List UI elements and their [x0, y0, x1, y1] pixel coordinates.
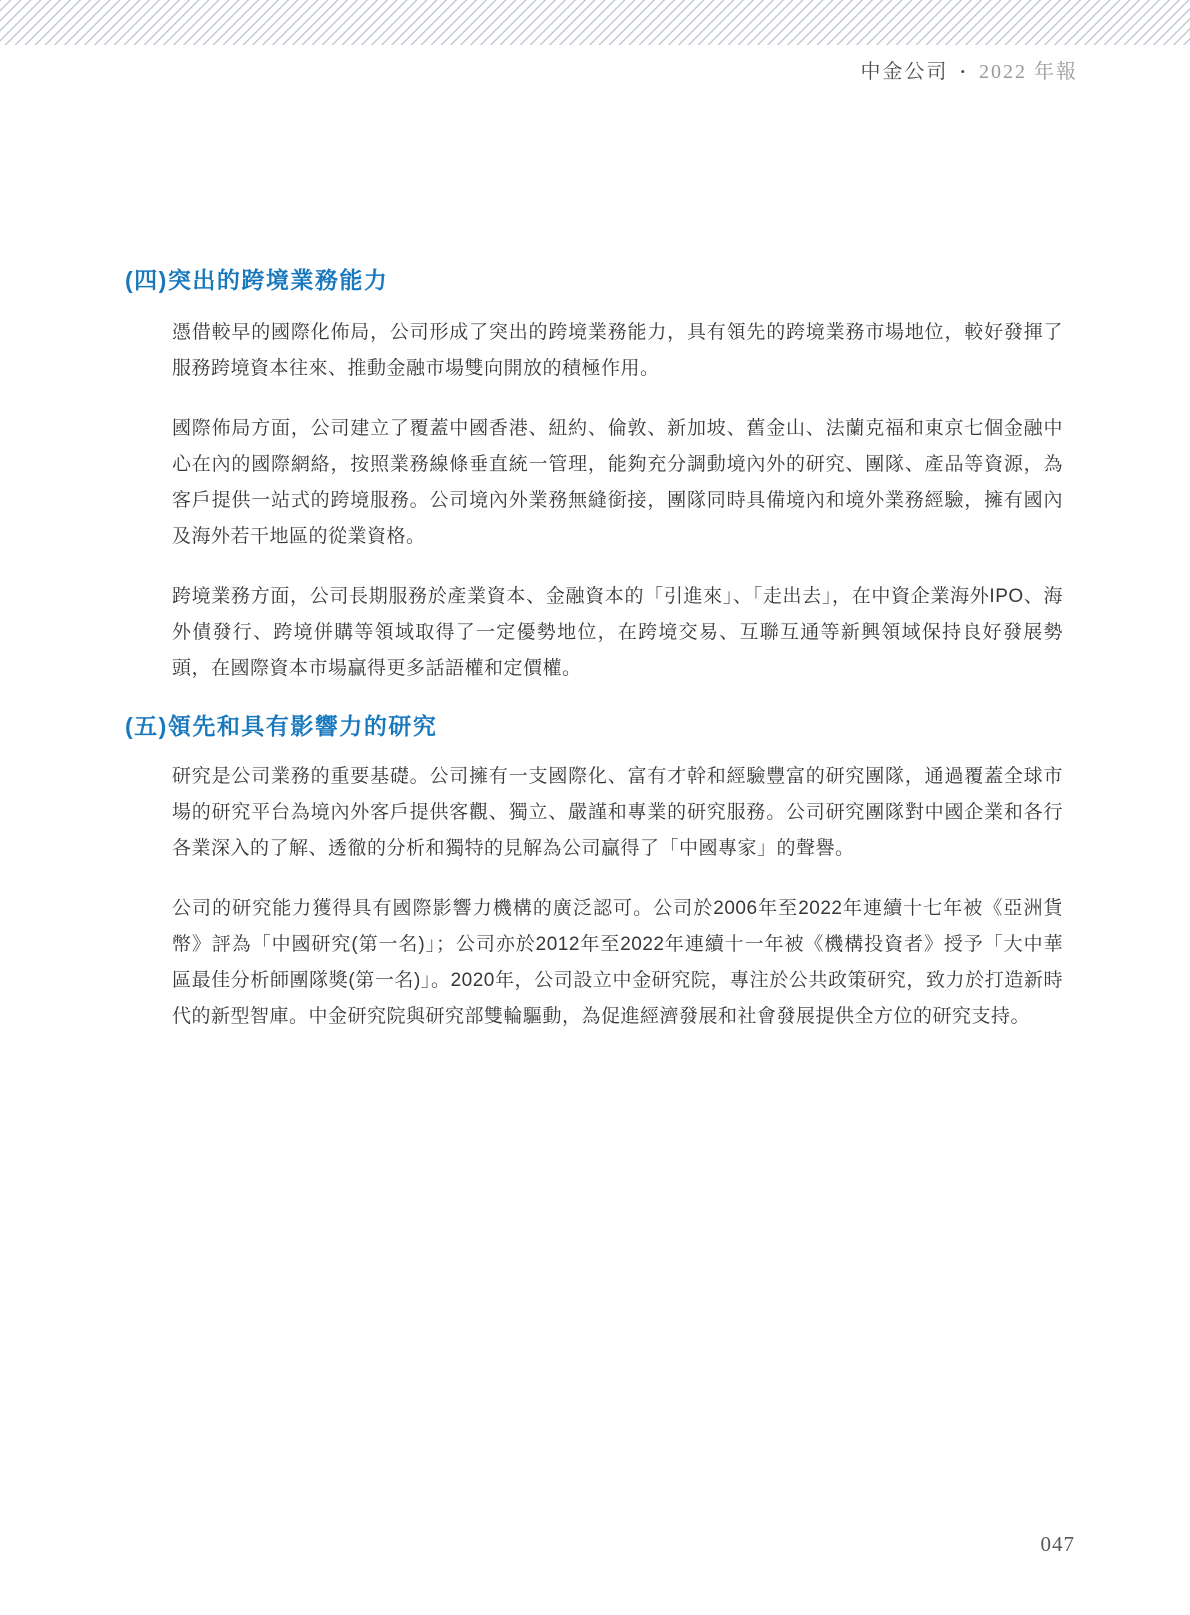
page-number: 047	[1041, 1532, 1076, 1557]
header-bullet-separator: •	[960, 59, 967, 85]
paragraph-research-recognition: 公司的研究能力獲得具有國際影響力機構的廣泛認可。公司於2006年至2022年連續…	[172, 891, 1063, 1035]
running-head: 中金公司•2022 年報	[0, 59, 1190, 85]
section-heading-leading-research: (五)領先和具有影響力的研究	[125, 711, 1063, 741]
section-heading-cross-border-capability: (四)突出的跨境業務能力	[125, 265, 1063, 295]
header-company-name: 中金公司	[860, 61, 948, 83]
main-content: (四)突出的跨境業務能力 憑借較早的國際化佈局，公司形成了突出的跨境業務能力，具…	[125, 265, 1063, 1035]
decorative-hatch-band	[0, 0, 1190, 45]
paragraph-international-layout: 國際佈局方面，公司建立了覆蓋中國香港、紐約、倫敦、新加坡、舊金山、法蘭克福和東京…	[172, 411, 1063, 555]
header-report-edition: 2022 年報	[979, 61, 1078, 83]
paragraph-cross-border-intro: 憑借較早的國際化佈局，公司形成了突出的跨境業務能力，具有領先的跨境業務市場地位，…	[172, 315, 1063, 387]
report-page: 中金公司•2022 年報 (四)突出的跨境業務能力 憑借較早的國際化佈局，公司形…	[0, 0, 1190, 1615]
paragraph-cross-border-business: 跨境業務方面，公司長期服務於產業資本、金融資本的「引進來」、「走出去」，在中資企…	[172, 579, 1063, 687]
paragraph-research-foundation: 研究是公司業務的重要基礎。公司擁有一支國際化、富有才幹和經驗豐富的研究團隊，通過…	[172, 759, 1063, 867]
